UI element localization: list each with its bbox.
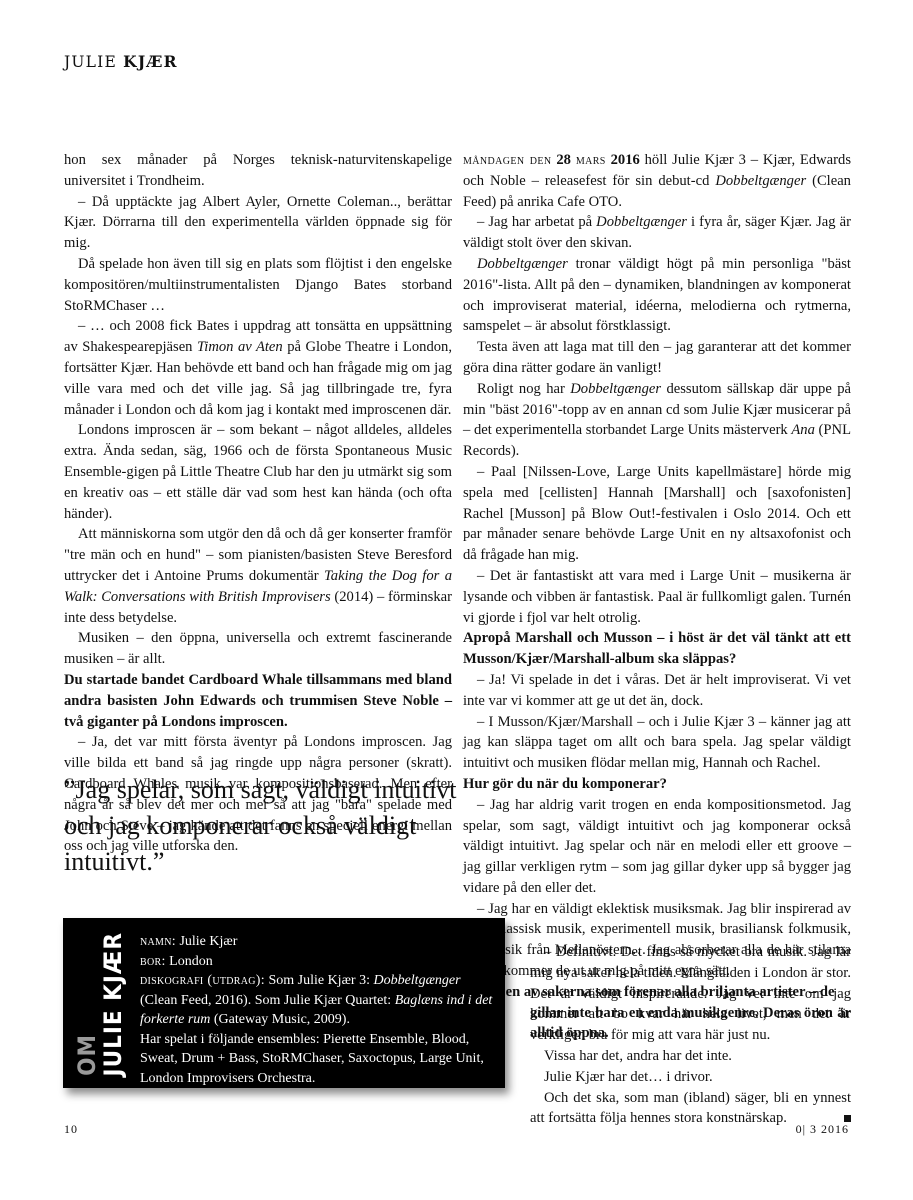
- paragraph: Vissa har det, andra har det inte.: [530, 1046, 851, 1067]
- album-title: Dobbeltgænger: [477, 256, 568, 272]
- fact-box-content: namn: Julie Kjær bor: London diskografi …: [140, 932, 495, 1088]
- value: (Clean Feed, 2016). Som Julie Kjær Quart…: [140, 993, 395, 1008]
- right-column-wrap: – Definitivt. Det finns så mycket bra mu…: [530, 942, 851, 1129]
- fact-namn: namn: Julie Kjær: [140, 932, 495, 952]
- text: Roligt nog har: [477, 381, 570, 397]
- label: namn:: [140, 934, 176, 949]
- lead-month: mars: [576, 152, 606, 168]
- paragraph: Musiken – den öppna, universella och ext…: [64, 628, 452, 670]
- lead-date-day: 28: [556, 152, 571, 168]
- header-name-first: JULIE: [64, 53, 117, 71]
- paragraph: – Då upptäckte jag Albert Ayler, Ornette…: [64, 192, 452, 254]
- paragraph: – Paal [Nilssen-Love, Large Units kapell…: [463, 462, 851, 566]
- fact-box-vertical-title: OM JULIE KJÆR: [75, 930, 131, 1076]
- interview-answer: – Ja! Vi spelade in det i våras. Det är …: [463, 670, 851, 712]
- paragraph: – Det är fantastiskt att vara med i Larg…: [463, 566, 851, 628]
- paragraph: hon sex månader på Norges teknisk-naturv…: [64, 150, 452, 192]
- label: bor:: [140, 954, 166, 969]
- paragraph: – Jag har arbetat på Dobbeltgænger i fyr…: [463, 212, 851, 254]
- paragraph: – … och 2008 fick Bates i uppdrag att to…: [64, 316, 452, 420]
- header-name-last: KJÆR: [123, 52, 178, 71]
- paragraph: Dobbeltgænger tronar väldigt högt på min…: [463, 254, 851, 337]
- pull-quote: ”Jag spelar, som sagt, väldigt intuitivt…: [64, 772, 464, 880]
- paragraph: Julie Kjær har det… i drivor.: [530, 1067, 851, 1088]
- left-column: hon sex månader på Norges teknisk-naturv…: [64, 150, 452, 857]
- album-title: Dobbeltgænger: [570, 381, 661, 397]
- lead-paragraph: måndagen den 28 mars 2016 höll Julie Kjæ…: [463, 150, 851, 212]
- album-title: Dobbeltgænger: [373, 973, 460, 988]
- paragraph: Roligt nog har Dobbeltgænger dessutom sä…: [463, 379, 851, 462]
- interview-answer: – Definitivt. Det finns så mycket bra mu…: [530, 942, 851, 1046]
- interview-question: Hur gör du när du komponerar?: [463, 774, 851, 795]
- label: diskografi (utdrag):: [140, 973, 265, 988]
- fact-diskografi: diskografi (utdrag): Som Julie Kjær 3: D…: [140, 971, 495, 1030]
- interview-answer: – Jag har aldrig varit trogen en enda ko…: [463, 795, 851, 899]
- interview-question: Apropå Marshall och Musson – i höst är d…: [463, 628, 851, 670]
- running-head: JULIE KJÆR: [64, 52, 178, 71]
- value: Som Julie Kjær 3:: [265, 973, 374, 988]
- album-title: Ana: [791, 422, 815, 438]
- fact-box-name: JULIE KJÆR: [101, 932, 125, 1076]
- paragraph: Att människorna som utgör den då och då …: [64, 524, 452, 628]
- paragraph: Testa även att laga mat till den – jag g…: [463, 337, 851, 379]
- lead-smallcaps: måndagen den: [463, 152, 552, 168]
- value: London: [166, 954, 213, 969]
- text: – Jag har arbetat på: [477, 214, 596, 230]
- play-title: Timon av Aten: [197, 339, 283, 355]
- fact-bor: bor: London: [140, 952, 495, 972]
- album-title: Dobbeltgænger: [596, 214, 687, 230]
- paragraph: Då spelade hon även till sig en plats so…: [64, 254, 452, 316]
- fact-box: OM JULIE KJÆR namn: Julie Kjær bor: Lond…: [63, 918, 505, 1088]
- right-column: måndagen den 28 mars 2016 höll Julie Kjæ…: [463, 150, 851, 1044]
- album-title: Dobbeltgænger: [715, 173, 806, 189]
- page-number: 10: [64, 1122, 78, 1137]
- fact-box-om: OM: [75, 1034, 99, 1076]
- lead-year: 2016: [611, 152, 640, 168]
- text: Och det ska, som man (ibland) säger, bli…: [530, 1090, 851, 1127]
- fact-ensembles: Har spelat i följande ensembles: Pierett…: [140, 1030, 495, 1089]
- interview-question: Du startade bandet Cardboard Whale tills…: [64, 670, 452, 732]
- interview-answer: – I Musson/Kjær/Marshall – och i Julie K…: [463, 712, 851, 774]
- paragraph: Londons improscen är – som bekant – någo…: [64, 420, 452, 524]
- issue-date: 0| 3 2016: [796, 1122, 849, 1137]
- value: (Gateway Music, 2009).: [210, 1012, 350, 1027]
- value: Julie Kjær: [176, 934, 237, 949]
